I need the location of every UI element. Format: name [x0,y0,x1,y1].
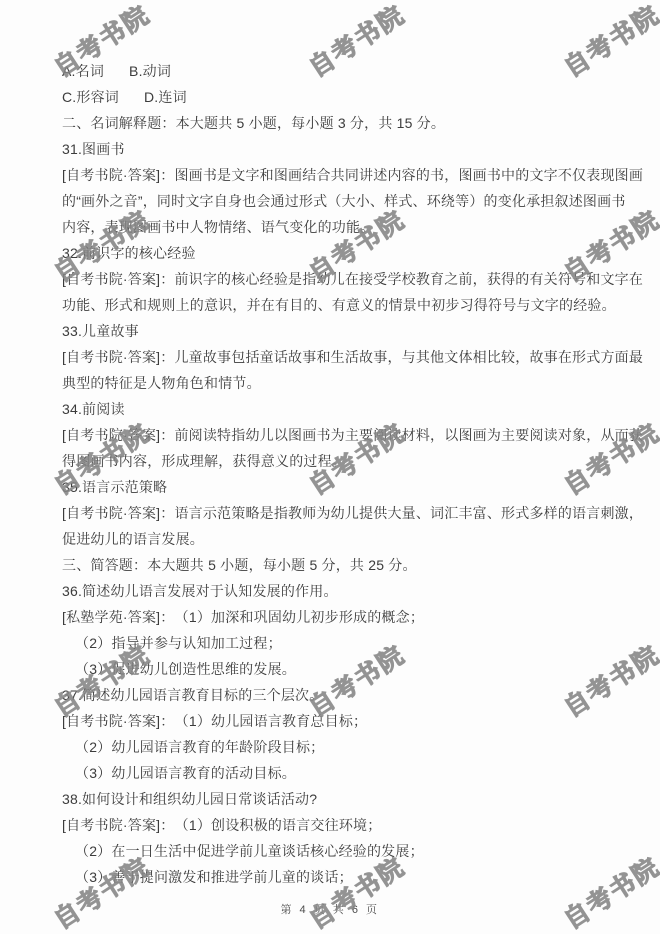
q33-answer-line-2-text: 典型的特征是人物角色和情节。 [62,375,261,391]
section-3-header: 三、简答题：本大题共 5 小题，每小题 5 分，共 25 分。 [62,552,642,578]
q36-answer-line-2-text: （2）指导并参与认知加工过程； [75,635,282,651]
q37-answer-line-1-text: [自考书院·答案]： （1）幼儿园语言教育总目标； [62,713,367,729]
q33-title: 33.儿童故事 [62,318,642,344]
q37-answer-line-1: [自考书院·答案]： （1）幼儿园语言教育总目标； [62,708,642,734]
q38-answer-line-2-text: （2）在一日生活中促进学前儿童谈话核心经验的发展； [75,843,424,859]
section-2-header-text: 二、名词解释题：本大题共 5 小题，每小题 3 分，共 15 分。 [62,115,445,131]
q35-answer-line-2: 促进幼儿的语言发展。 [62,526,642,552]
option-row-cd-part-2: D.连词 [144,89,187,105]
q34-title-text: 34.前阅读 [62,401,125,417]
q35-title: 35.语言示范策略 [62,474,642,500]
document-page: A.名词B.动词C.形容词D.连词二、名词解释题：本大题共 5 小题，每小题 3… [0,0,660,934]
q36-answer-line-1-text: [私塾学苑·答案]： （1）加深和巩固幼儿初步形成的概念； [62,609,424,625]
q37-title: 37.简述幼儿园语言教育目标的三个层次。 [62,682,642,708]
section-2-header: 二、名词解释题：本大题共 5 小题，每小题 3 分，共 15 分。 [62,110,642,136]
q38-answer-line-1-text: [自考书院·答案]： （1）创设积极的语言交往环境； [62,817,381,833]
q34-answer-line-1-text: [自考书院·答案]：前阅读特指幼儿以图画书为主要阅读材料，以图画为主要阅读对象，… [62,427,643,443]
section-3-header-text: 三、简答题：本大题共 5 小题，每小题 5 分，共 25 分。 [62,557,417,573]
q36-answer-line-3-text: （3）促进幼儿创造性思维的发展。 [75,661,296,677]
q34-title: 34.前阅读 [62,396,642,422]
q33-answer-line-1-text: [自考书院·答案]：儿童故事包括童话故事和生活故事，与其他文体相比较，故事在形式… [62,349,643,365]
q35-answer-line-1: [自考书院·答案]：语言示范策略是指教师为幼儿提供大量、词汇丰富、形式多样的语言… [62,500,642,526]
q33-answer-line-2: 典型的特征是人物角色和情节。 [62,370,642,396]
q35-answer-line-1-text: [自考书院·答案]：语言示范策略是指教师为幼儿提供大量、词汇丰富、形式多样的语言… [62,505,643,521]
q37-title-text: 37.简述幼儿园语言教育目标的三个层次。 [62,687,323,703]
q32-answer-line-2-text: 功能、形式和规则上的意识，并在有目的、有意义的情景中初步习得符号与文字的经验。 [62,297,616,313]
q37-answer-line-2: （2）幼儿园语言教育的年龄阶段目标； [62,734,642,760]
q38-answer-line-3: （3）善于提问激发和推进学前儿童的谈话； [62,864,642,890]
q36-title: 36.简述幼儿语言发展对于认知发展的作用。 [62,578,642,604]
q33-title-text: 33.儿童故事 [62,323,139,339]
q38-title: 38.如何设计和组织幼儿园日常谈话活动? [62,786,642,812]
q38-answer-line-1: [自考书院·答案]： （1）创设积极的语言交往环境； [62,812,642,838]
option-row-cd-part-1: C.形容词 [62,89,119,105]
q35-answer-line-2-text: 促进幼儿的语言发展。 [62,531,204,547]
q32-answer-line-1: [自考书院·答案]：前识字的核心经验是指幼儿在接受学校教育之前，获得的有关符号和… [62,266,642,292]
option-row-ab-part-2: B.动词 [129,63,171,79]
option-row-ab-part-1: A.名词 [62,63,104,79]
q33-answer-line-1: [自考书院·答案]：儿童故事包括童话故事和生活故事，与其他文体相比较，故事在形式… [62,344,642,370]
q31-answer-line-1-text: [自考书院·答案]：图画书是文字和图画结合共同讲述内容的书，图画书中的文字不仅表… [62,167,643,183]
q38-answer-line-2: （2）在一日生活中促进学前儿童谈话核心经验的发展； [62,838,642,864]
option-row-ab: A.名词B.动词 [62,58,642,84]
q31-answer-line-1: [自考书院·答案]：图画书是文字和图画结合共同讲述内容的书，图画书中的文字不仅表… [62,162,642,188]
q37-answer-line-3: （3）幼儿园语言教育的活动目标。 [62,760,642,786]
q32-title-text: 32.前识字的核心经验 [62,245,196,261]
q38-answer-line-3-text: （3）善于提问激发和推进学前儿童的谈话； [75,869,353,885]
q31-title-text: 31.图画书 [62,141,125,157]
page-number-footer: 第 4 页 共 6 页 [0,901,660,917]
q36-answer-line-1: [私塾学苑·答案]： （1）加深和巩固幼儿初步形成的概念； [62,604,642,630]
q31-answer-line-2-text: 的“画外之音”，同时文字自身也会通过形式（大小、样式、环绕等）的变化承担叙述图画… [62,193,626,209]
q36-answer-line-3: （3）促进幼儿创造性思维的发展。 [62,656,642,682]
q32-answer-line-2: 功能、形式和规则上的意识，并在有目的、有意义的情景中初步习得符号与文字的经验。 [62,292,642,318]
q32-answer-line-1-text: [自考书院·答案]：前识字的核心经验是指幼儿在接受学校教育之前，获得的有关符号和… [62,271,643,287]
q31-answer-line-3: 内容，表现图画书中人物情绪、语气变化的功能。 [62,214,642,240]
q34-answer-line-2-text: 得图画书内容，形成理解，获得意义的过程。 [62,453,346,469]
q31-answer-line-3-text: 内容，表现图画书中人物情绪、语气变化的功能。 [62,219,374,235]
option-row-cd: C.形容词D.连词 [62,84,642,110]
q32-title: 32.前识字的核心经验 [62,240,642,266]
q31-answer-line-2: 的“画外之音”，同时文字自身也会通过形式（大小、样式、环绕等）的变化承担叙述图画… [62,188,642,214]
q34-answer-line-2: 得图画书内容，形成理解，获得意义的过程。 [62,448,642,474]
q35-title-text: 35.语言示范策略 [62,479,167,495]
document-content: A.名词B.动词C.形容词D.连词二、名词解释题：本大题共 5 小题，每小题 3… [62,58,642,890]
q31-title: 31.图画书 [62,136,642,162]
q34-answer-line-1: [自考书院·答案]：前阅读特指幼儿以图画书为主要阅读材料，以图画为主要阅读对象，… [62,422,642,448]
q36-title-text: 36.简述幼儿语言发展对于认知发展的作用。 [62,583,338,599]
q36-answer-line-2: （2）指导并参与认知加工过程； [62,630,642,656]
q38-title-text: 38.如何设计和组织幼儿园日常谈话活动? [62,791,317,807]
q37-answer-line-2-text: （2）幼儿园语言教育的年龄阶段目标； [75,739,324,755]
q37-answer-line-3-text: （3）幼儿园语言教育的活动目标。 [75,765,296,781]
